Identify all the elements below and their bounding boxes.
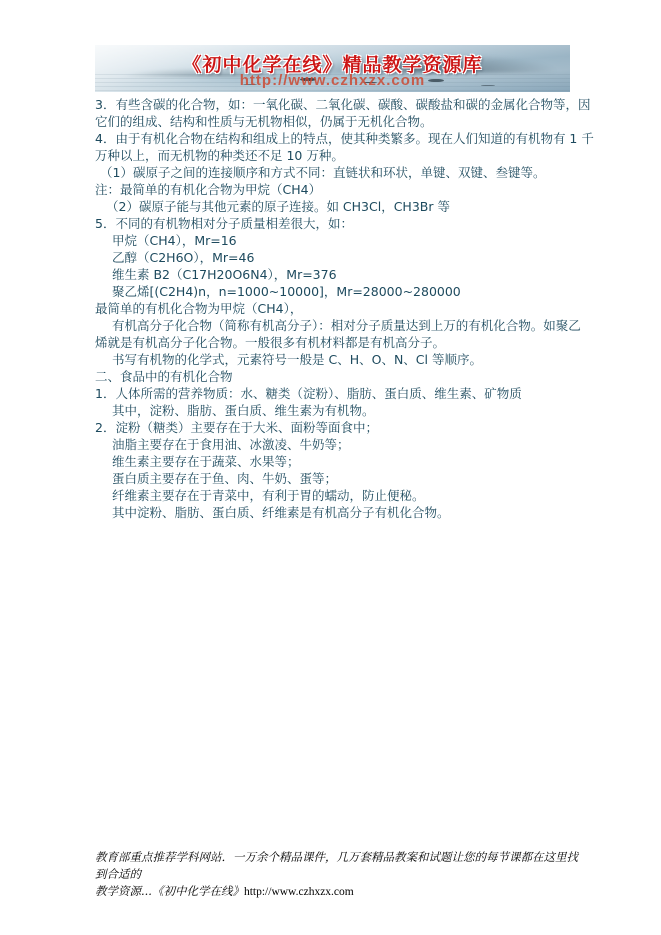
body-line: 5．不同的有机物相对分子质量相差很大，如： — [95, 215, 595, 232]
body-line: 有机高分子化合物（简称有机高分子）：相对分子质量达到上万的有机化合物。如聚乙 — [95, 317, 595, 334]
body-line: （1）碳原子之间的连接顺序和方式不同：直链状和环状，单键、双键、叁键等。 — [95, 164, 595, 181]
body-line: 油脂主要存在于食用油、冰激凌、牛奶等； — [95, 436, 595, 453]
document-body: 3．有些含碳的化合物，如：一氧化碳、二氧化碳、碳酸、碳酸盐和碳的金属化合物等，因… — [95, 96, 595, 521]
body-line: 聚乙烯[(C2H4)n，n=1000~10000]，Mr=28000~28000… — [95, 283, 595, 300]
body-line: 1．人体所需的营养物质：水、糖类（淀粉）、脂肪、蛋白质、维生素、矿物质 — [95, 385, 595, 402]
body-line: 3．有些含碳的化合物，如：一氧化碳、二氧化碳、碳酸、碳酸盐和碳的金属化合物等，因 — [95, 96, 595, 113]
footer-source-line: 教学资源...《初中化学在线》http://www.czhxzx.com — [95, 883, 580, 901]
body-line: 最简单的有机化合物为甲烷（CH4）， — [95, 300, 595, 317]
body-line: 其中淀粉、脂肪、蛋白质、纤维素是有机高分子有机化合物。 — [95, 504, 595, 521]
footer-url: http://www.czhxzx.com — [244, 886, 354, 898]
body-line: 它们的组成、结构和性质与无机物相似，仍属于无机化合物。 — [95, 113, 595, 130]
body-line: 书写有机物的化学式，元素符号一般是 C、H、O、N、Cl 等顺序。 — [95, 351, 595, 368]
page-footer: 教育部重点推荐学科网站．一万余个精品课件，几万套精品教案和试题让您的每节课都在这… — [95, 849, 580, 901]
body-line: 4．由于有机化合物在结构和组成上的特点，使其种类繁多。现在人们知道的有机物有 1… — [95, 130, 595, 147]
banner-url: http://www.czhxzx.com — [95, 72, 570, 89]
document-page: 《初中化学在线》精品教学资源库 http://www.czhxzx.com 3．… — [0, 0, 661, 935]
site-banner: 《初中化学在线》精品教学资源库 http://www.czhxzx.com — [95, 45, 570, 92]
body-line: 其中，淀粉、脂肪、蛋白质、维生素为有机物。 — [95, 402, 595, 419]
body-line: 蛋白质主要存在于鱼、肉、牛奶、蛋等； — [95, 470, 595, 487]
body-line: 甲烷（CH4），Mr=16 — [95, 232, 595, 249]
footer-source-text: 教学资源...《初中化学在线》 — [95, 884, 244, 898]
body-line: 2．淀粉（糖类）主要存在于大米、面粉等面食中； — [95, 419, 595, 436]
body-line: 万种以上，而无机物的种类还不足 10 万种。 — [95, 147, 595, 164]
body-line: 纤维素主要存在于青菜中，有利于胃的蠕动，防止便秘。 — [95, 487, 595, 504]
body-line: 乙醇（C2H6O），Mr=46 — [95, 249, 595, 266]
body-line: 注：最简单的有机化合物为甲烷（CH4） — [95, 181, 595, 198]
body-line: 烯就是有机高分子化合物。一般很多有机材料都是有机高分子。 — [95, 334, 595, 351]
body-line: 维生素 B2（C17H20O6N4），Mr=376 — [95, 266, 595, 283]
body-line: 维生素主要存在于蔬菜、水果等； — [95, 453, 595, 470]
body-line: （2）碳原子能与其他元素的原子连接。如 CH3Cl，CH3Br 等 — [95, 198, 595, 215]
footer-promo-text: 教育部重点推荐学科网站．一万余个精品课件，几万套精品教案和试题让您的每节课都在这… — [95, 849, 580, 883]
body-line: 二、食品中的有机化合物 — [95, 368, 595, 385]
